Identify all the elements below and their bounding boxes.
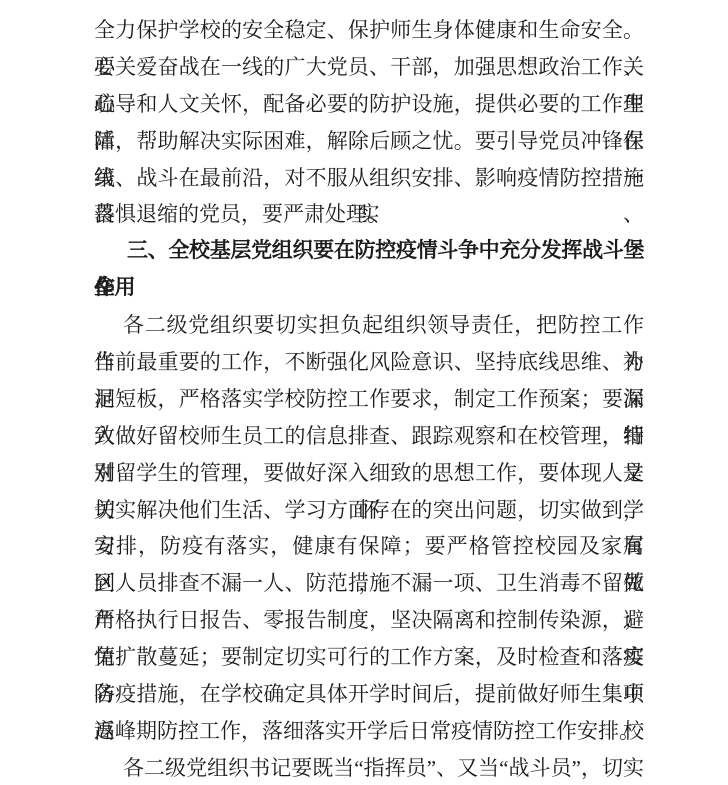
text-line: 心关爱奋战在一线的广大党员、干部，加强思想政治工作、心理: [94, 49, 644, 86]
text-line: 线、战斗在最前沿，对不服从组织安排、影响疫情防控措施落实、: [94, 160, 644, 197]
text-line: 全力保护学校的安全稳定、保护师生身体健康和生命安全。要关: [94, 12, 644, 49]
text-line: 严格执行日报告、零报告制度，坚决隔离和控制传染源，避免疫: [94, 602, 644, 639]
document-text-content: 全力保护学校的安全稳定、保护师生身体健康和生命安全。要关心关爱奋战在一线的广大党…: [94, 12, 644, 785]
heading-line: 三、全校基层党组织要在防控疫情斗争中充分发挥战斗堡垒: [94, 233, 644, 270]
heading-line: 作用: [94, 270, 644, 307]
text-line: 安排，防疫有落实，健康有保障；要严格管控校园及家属区，做: [94, 528, 644, 565]
text-line: 对留学生的管理，要做好深入细致的思想工作，要体现人文关怀，: [94, 455, 644, 492]
text-line: 防疫措施，在学校确定具体开学时间后，提前做好师生集中返校: [94, 676, 644, 713]
document-page: 全力保护学校的安全稳定、保护师生身体健康和生命安全。要关心关爱奋战在一线的广大党…: [0, 0, 728, 785]
text-line: 致做好留校师生员工的信息排查、跟踪观察和在校管理，特别是: [94, 418, 644, 455]
text-line: 疏导和人文关怀，配备必要的防护设施，提供必要的工作生活保: [94, 86, 644, 123]
text-line: 障，帮助解决实际困难，解除后顾之忧。要引导党员冲锋在第一: [94, 123, 644, 160]
text-line: 洞短板，严格落实学校防控工作要求，制定工作预案；要深入细: [94, 381, 644, 418]
text-line: 各二级党组织要切实担负起组织领导责任，把防控工作作为: [94, 307, 644, 344]
text-line: 各二级党组织书记要既当“指挥员”、又当“战斗员”，切实: [94, 750, 644, 785]
text-line: 情扩散蔓延；要制定切实可行的工作方案，及时检查和落实各项: [94, 639, 644, 676]
text-line: 切实解决他们生活、学习方面存在的突出问题，切实做到学习有: [94, 492, 644, 529]
text-line: 高峰期防控工作，落细落实开学后日常疫情防控工作安排。: [94, 713, 644, 750]
text-line: 到人员排查不漏一人、防范措施不漏一项、卫生消毒不留死角；: [94, 565, 644, 602]
text-line: 当前最重要的工作，不断强化风险意识、坚持底线思维、补足漏: [94, 344, 644, 381]
